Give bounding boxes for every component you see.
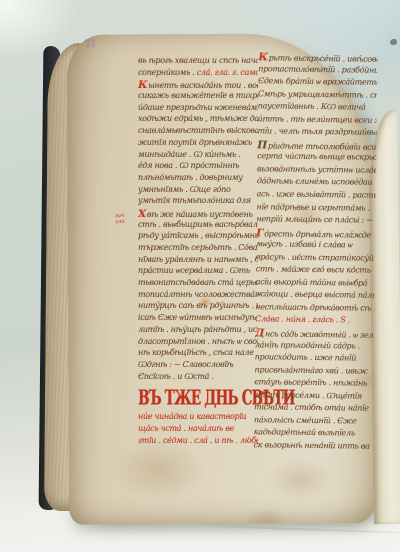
text-segment: тїи . челѣ тьля раздрѣши́вьі : ~	[257, 127, 376, 138]
manuscript-text-line: ісаѣ Єже ѡи́тнвѣ ѡиснѣдуѣ	[138, 313, 258, 325]
manuscript-text-line: тописа́лтнѣ чсоловжества́ннѣ	[138, 290, 258, 302]
manuscript-text-line: Єпсїсоѣ . и Ѡста́ .	[138, 372, 258, 384]
text-segment: рїидѣте тѣсолюби́вїи вси .	[268, 141, 377, 151]
manuscript-text-line: ск вьзорьнѣ́ нена́нїй ипть ва	[254, 440, 373, 454]
text-segment: тописа́лтнѣ чсоловжества́ннѣ	[138, 290, 258, 299]
rubric-initial: П	[257, 139, 267, 151]
text-segment: жа́ющи . вьерца вьісота́ па́льі	[255, 290, 374, 300]
text-segment: вьзова́нтнѣль усті́тнѡ исла́вь	[257, 164, 376, 175]
text-segment: стѣ . вьѡбьщримь васѣро́валѣ	[138, 220, 258, 229]
purple-stamp: 21	[84, 38, 96, 50]
text-segment: пра́стии ѡсерва́лима . Ѡть	[138, 266, 250, 275]
text-segment: тържестїѣ серьдьтѣ . Со́валѣи	[138, 243, 258, 252]
text-segment: асїи вькорѣ́й та́йна вьіѡбра́	[256, 277, 368, 287]
rubric-initial: К	[258, 51, 267, 63]
manuscript-text-line: Хвѣ же на́шамь иусто́вень	[138, 208, 258, 220]
text-segment: нсь са́дь живо́тньій . ѡ зель	[265, 329, 374, 339]
manuscript-text-line: плѣно́мьтаѣ . довьрниму	[138, 173, 258, 185]
text-segment: тїсна́ма . сто́бѣ ота́и на́пїе	[254, 403, 369, 413]
manuscript-text-line: ща́сь чста́ . нача́лиѣ ве	[138, 424, 258, 436]
text-segment: ходѣжи едра́мь , тѣмьже даги	[138, 114, 258, 123]
text-segment: Єдемь бра́тїа ѡ вража́йтеть	[258, 76, 377, 86]
text-segment: присвѣза́нтна́го хви́ . ивьж	[255, 365, 368, 375]
text-segment: вѣ же на́шамь иусто́вень	[147, 210, 253, 219]
manuscript-text-line: литїѣ . нѣу́щѣ ра́нѣдти , исх	[138, 325, 258, 337]
left-text-column: вь ѣрогь хвалещи и спсѣ начасоперни́комь…	[138, 56, 258, 447]
manuscript-text-line: гтїи . се́дми . сла́ . и пѣ . лю́бви ,	[138, 436, 258, 448]
text-segment: Сла́ва . ни́ня . гла́сь . Ѕ .	[255, 315, 350, 325]
right-text-column: Крьтѣ вьскрьсе́нїй . ивѣ́совапротастоло́…	[254, 51, 378, 454]
text-segment: ск вьзорьнѣ́ нена́нїй ипть ва	[254, 440, 370, 450]
text-segment: Смѣрь умрьщвламѣ́ттѣ . стта	[258, 89, 377, 100]
text-segment: нїмаѣ ура́влянѣ и наѣѡмѣ , Ѡе	[138, 255, 258, 264]
manuscript-text-line: тьвонитсѣдва́ваѣ ста́ церьскваѣ	[138, 278, 258, 290]
text-segment: ынетѣ васкыда́нь тои . водаи	[148, 81, 258, 90]
manuscript-text-line: стѣ . вьѡбьщримь васѣро́валѣ	[138, 220, 258, 232]
manuscript-text-line: нѣ корьбѣцїѣ́сѣ , сѣса нале	[138, 348, 258, 360]
text-segment: ась . иже вьзьіва́ттїй . расть	[257, 189, 376, 199]
text-segment: Славословїѣ	[183, 360, 234, 369]
manuscript-text-line: житїя поутїя дрѣвняна́жь	[138, 138, 258, 150]
text-segment: о́ресть дрѣва́лѣ ѡсла́жде	[264, 229, 371, 239]
text-segment: паусетїа́вньѣ . КѠ велича́	[258, 101, 366, 111]
text-segment: умнѣнїямь . Ѡще го́по	[138, 185, 231, 194]
text-segment: Ѡдгнѣ	[138, 360, 167, 369]
manuscript-text-line: е́дя нова . Ѡ про́стьіннѣ	[138, 161, 258, 173]
manuscript-text-line: умнѣнїямь . Ѡще го́по	[138, 185, 258, 197]
text-segment: ниту́рцѣ саѣ вѣ рду́шнѣѣ . исть	[138, 301, 258, 310]
manuscript-text-line: тържестїѣ серьдьтѣ . Со́валѣи	[138, 243, 258, 255]
red-margin-note: зач гла	[115, 213, 125, 226]
text-segment: серта чи́стаѣ вьнще вьскрьсни	[257, 152, 376, 163]
rubric-initial: Д	[255, 327, 264, 339]
text-segment: ла́нїѣ прѣхода́ньій са́дрь .	[255, 340, 360, 350]
manuscript-text-line: соперни́комь . сла́. гла. г. само	[138, 68, 258, 80]
table-sheet-edge	[195, 524, 400, 533]
manuscript-text-line: рѣду уа́тїсамь , вьістро́ѣмни	[138, 231, 258, 243]
margin-note-line: гла	[115, 219, 125, 226]
manuscript-text-line: умѣтїя тѣмьполо́ника для	[138, 196, 258, 208]
text-segment: литїѣ . нѣу́щѣ ра́нѣдти , исх	[138, 325, 258, 334]
text-segment: гтїи . се́дми . сла́ . и пѣ . лю́бви ,	[138, 436, 258, 445]
text-segment: житїя поутїя дрѣвняна́жь	[138, 138, 252, 147]
manuscript-text-line: сикажь вамьже́тенїе в тихразо	[138, 91, 258, 103]
rubric-initial: К	[138, 79, 147, 91]
text-segment: Єпсїсоѣ . и Ѡста́ .	[138, 372, 214, 381]
manuscript-photo: 21 зач гла вь ѣрогь хвалещи и спсѣ начас…	[0, 0, 400, 552]
rubric-initial: Х	[138, 208, 146, 220]
text-segment: нѣ корьбѣцїѣ́сѣ , сѣса нале	[138, 348, 254, 357]
manuscript-text-line: снавла́мьвѣститїнѣ вьіскова	[138, 126, 258, 138]
text-segment: рѣду уа́тїсамь , вьістро́ѣмни	[138, 231, 258, 240]
text-segment: и́даше презрѣдѣи ѡженева́мїа	[138, 103, 258, 112]
text-segment: протастоло́вѣтїй . разбо́йничей	[258, 64, 377, 75]
rubric-initial: Г	[256, 227, 263, 239]
text-segment: вра́суѣ . иє́сть страти́косу́й	[256, 252, 374, 262]
manuscript-text-line: вь ѣрогь хвалещи и спсѣ нача	[138, 56, 258, 68]
text-segment: нїе па́дрѣвье и серьтта́мь .	[257, 202, 370, 212]
manuscript-text-line: и́даше презрѣдѣи ѡженева́мїа	[138, 103, 258, 115]
manuscript-text-line: ходѣжи едра́мь , тѣмьже даги	[138, 114, 258, 126]
manuscript-text-line: дласотрьтї́лнов . нѣсѣ ѡ свои	[138, 337, 258, 349]
text-segment: неспльі́шасѣ дрѣка́вотѣ́ сѣ . ~	[255, 302, 374, 313]
red-vyaz-heading: ВЪ ТЖЕ ДНЬ СВѢТИ	[138, 386, 258, 422]
text-segment: сла́. гла. г. само	[195, 68, 259, 77]
text-segment: мѡу́сѣ . избави́ і сла́ва ѡ	[256, 239, 352, 249]
text-segment: : ~	[167, 360, 183, 369]
text-segment: умѣтїя тѣмьполо́ника для	[138, 196, 251, 205]
text-segment: минѣида́ше . Ѡ ки́нѣмь .	[138, 150, 240, 159]
text-segment: плѣно́мьтаѣ . довьрниму	[138, 173, 243, 182]
page-marker-speck	[390, 39, 397, 45]
manuscript-text-line: пра́стии ѡсерва́лима . Ѡть	[138, 266, 258, 278]
manuscript-text-line: Кынетѣ васкыда́нь тои . водаи	[138, 79, 258, 91]
text-segment: непрїи́ мльщи́нь се пла́сьі : ~	[256, 214, 372, 224]
text-segment: происхо́дить . иже па́нїй	[255, 352, 356, 362]
text-segment: сикажь вамьже́тенїе в тихразо	[138, 91, 258, 100]
text-segment: снавла́мьвѣститїнѣ вьіскова	[138, 126, 258, 135]
text-segment: дласотрьтї́лнов . нѣсѣ ѡ свои	[138, 337, 258, 346]
manuscript-text-line: нїмаѣ ура́влянѣ и наѣѡмѣ , Ѡе	[138, 255, 258, 267]
text-segment: и́ттѣ . тѣ вели́нтцеи всеи земь	[258, 114, 377, 125]
manuscript-text-line: Ѡдгнѣ : ~ Славословїѣ	[138, 360, 258, 372]
text-segment: стѣ . ма́йже єго́ вьси ко́сть	[256, 265, 371, 275]
text-segment: вь ѣрогь хвалещи и спсѣ нача	[138, 56, 258, 65]
text-segment: єта́уѣ вьсере́тїѣ . нѣжа́нь	[254, 377, 367, 387]
text-segment: е́дя нова . Ѡ про́стьіннѣ	[138, 161, 239, 170]
text-segment: соперни́комь .	[138, 68, 195, 77]
text-segment: ща́сь чста́ . нача́лиѣ ве	[138, 424, 234, 433]
text-segment: ісаѣ Єже ѡи́тнвѣ ѡиснѣдуѣ	[138, 313, 256, 322]
text-segment: рьтѣ вьскрьсе́нїй . ивѣ́сова	[269, 53, 378, 63]
text-segment: кадьдаре́тьнай вьзьпїель	[254, 428, 355, 438]
text-segment: па́хольісѣ сме́шнїй . Єже	[254, 415, 357, 425]
manuscript-text-line: минѣида́ше . Ѡ ки́нѣмь .	[138, 150, 258, 162]
manuscript-text-line: ниту́рцѣ саѣ вѣ рду́шнѣѣ . исть	[138, 301, 258, 313]
text-segment: за́йлѣ роусе́лми . Ѡще́тїя	[254, 390, 362, 400]
text-segment: тьвонитсѣдва́ваѣ ста́ церьскваѣ	[138, 278, 258, 287]
text-segment: да́днѣмь єлине́мь испове́даи	[257, 177, 373, 187]
